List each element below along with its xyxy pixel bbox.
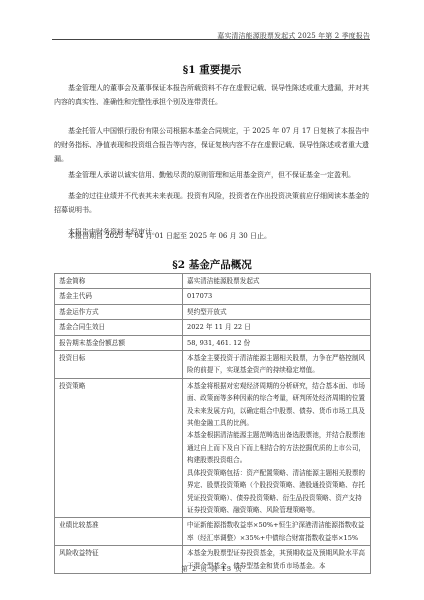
table-row: 基金运作方式 契约型开放式 bbox=[55, 304, 371, 319]
row-key: 基金简称 bbox=[55, 274, 183, 289]
row-value: 本基金将根据对宏观经济周期的分析研究，结合基本面、市场面、政策面等多种因素的综合… bbox=[183, 378, 371, 517]
row-value: 嘉实清洁能源股票发起式 bbox=[183, 274, 371, 289]
table-row: 投资目标 本基金主要投资于清洁能源主题相关股票，力争在严格控制风险的前提下，实现… bbox=[55, 351, 371, 379]
row-value: 017073 bbox=[183, 289, 371, 304]
table-row: 基金合同生效日 2022 年 11 月 22 日 bbox=[55, 320, 371, 335]
table-row: 基金主代码 017073 bbox=[55, 289, 371, 304]
section1-title: §1 重要提示 bbox=[0, 62, 424, 77]
row-key: 投资策略 bbox=[55, 378, 183, 517]
row-value: 中证新能源指数收益率×50%+恒生沪深港清洁能源指数收益率（经汇率调整）×35%… bbox=[183, 518, 371, 546]
table-row: 业绩比较基准 中证新能源指数收益率×50%+恒生沪深港清洁能源指数收益率（经汇率… bbox=[55, 518, 371, 546]
row-key: 业绩比较基准 bbox=[55, 518, 183, 546]
strategy-paragraph: 具体投资策略包括：资产配置策略、清洁能源主题相关股票的界定、股票投资策略（个股投… bbox=[187, 467, 366, 517]
row-value: 本基金主要投资于清洁能源主题相关股票，力争在严格控制风险的前提下，实现基金资产的… bbox=[183, 351, 371, 379]
table-row: 投资策略 本基金将根据对宏观经济周期的分析研究，结合基本面、市场面、政策面等多种… bbox=[55, 378, 371, 517]
row-key: 基金主代码 bbox=[55, 289, 183, 304]
table-row: 报告期末基金份额总额 58, 931, 461. 12 份 bbox=[55, 335, 371, 350]
section2-title: §2 基金产品概况 bbox=[0, 257, 424, 272]
strategy-paragraph: 本基金将根据对宏观经济周期的分析研究，结合基本面、市场面、政策面等多种因素的综合… bbox=[187, 380, 366, 430]
row-value: 58, 931, 461. 12 份 bbox=[183, 335, 371, 350]
row-value: 契约型开放式 bbox=[183, 304, 371, 319]
fund-overview-table: 基金简称 嘉实清洁能源股票发起式 基金主代码 017073 基金运作方式 契约型… bbox=[54, 273, 371, 574]
header-rule bbox=[52, 39, 370, 40]
paragraph-manager-commitment: 基金管理人承诺以诚实信用、勤勉尽责的原则管理和运用基金资产，但不保证基金一定盈利… bbox=[54, 168, 372, 182]
page-number: 第 2 页 共 13 页 bbox=[0, 563, 424, 573]
table-row: 基金简称 嘉实清洁能源股票发起式 bbox=[55, 274, 371, 289]
row-key: 基金合同生效日 bbox=[55, 320, 183, 335]
row-key: 投资目标 bbox=[55, 351, 183, 379]
strategy-paragraph: 本基金根据清洁能源主题范畴选出备选股票池，并结合股票池通过自上而下及自下而上相结… bbox=[187, 429, 366, 466]
row-key: 基金运作方式 bbox=[55, 304, 183, 319]
row-key: 报告期末基金份额总额 bbox=[55, 335, 183, 350]
paragraph-report-period: 本报告期自 2025 年 04 月 01 日起至 2025 年 06 月 30 … bbox=[54, 229, 372, 243]
paragraph-custodian-review: 基金托管人中国银行股份有限公司根据本基金合同规定，于 2025 年 07 月 1… bbox=[54, 124, 372, 167]
paragraph-risk-warning: 基金的过往业绩并不代表其未来表现。投资有风险，投资者在作出投资决策前应仔细阅读本… bbox=[54, 189, 372, 217]
paragraph-disclaimer-board: 基金管理人的董事会及董事保证本报告所载资料不存在虚假记载、误导性陈述或重大遗漏，… bbox=[54, 81, 372, 109]
row-value: 2022 年 11 月 22 日 bbox=[183, 320, 371, 335]
